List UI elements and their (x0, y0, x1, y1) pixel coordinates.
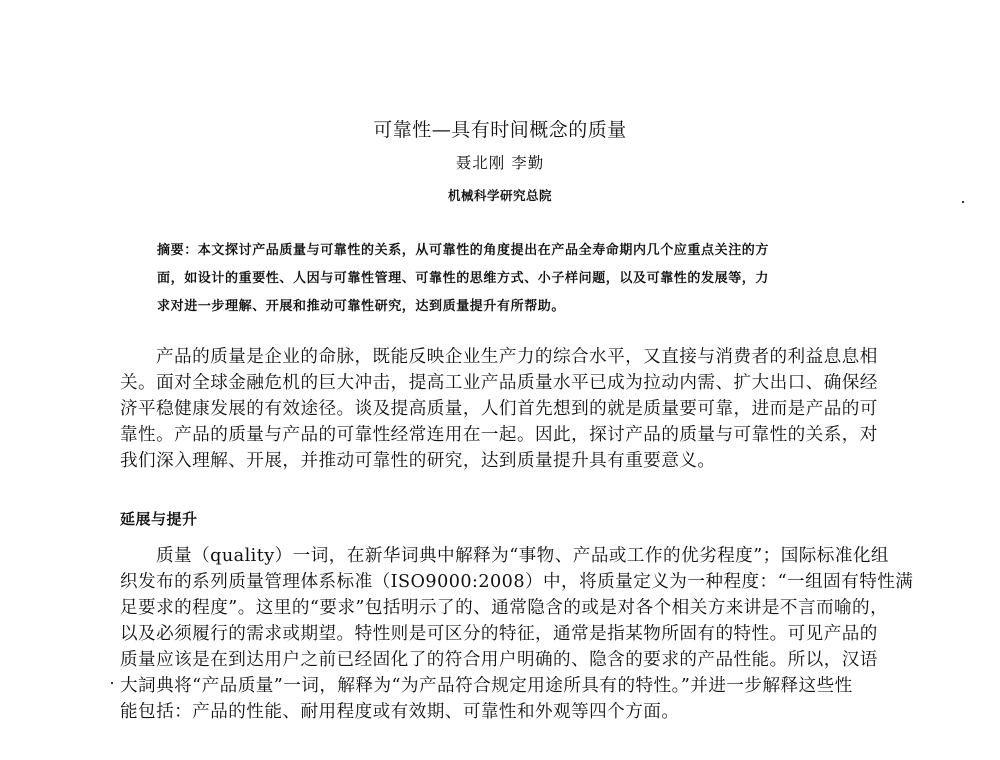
paragraph-line: 能包括：产品的性能、耐用程度或有效期、可靠性和外观等四个方面。 (120, 699, 865, 725)
paragraph-line: 产品的质量是企业的命脉，既能反映企业生产力的综合水平，又直接与消费者的利益息息相 (120, 344, 865, 370)
section-heading: 延展与提升 (120, 508, 198, 529)
paragraph-line: 我们深入理解、开展，并推动可靠性的研究，达到质量提升具有重要意义。 (120, 448, 865, 474)
section-paragraph: 质量（quality）一词，在新华词典中解释为“事物、产品或工作的优劣程度”；国… (120, 543, 865, 725)
paragraph-line: 以及必须履行的需求或期望。特性则是可区分的特征，通常是指某物所固有的特性。可见产… (120, 621, 865, 647)
paper-affiliation: 机械科学研究总院 (0, 186, 1000, 204)
paragraph-line: 织发布的系列质量管理体系标准（ISO9000:2008）中，将质量定义为一种程度… (120, 569, 865, 595)
paragraph-line: 质量应该是在到达用户之前已经固化了的符合用户明确的、隐含的要求的产品性能。所以，… (120, 647, 865, 673)
intro-paragraph: 产品的质量是企业的命脉，既能反映企业生产力的综合水平，又直接与消费者的利益息息相… (120, 344, 865, 474)
paragraph-line: 足要求的程度”。这里的“要求”包括明示了的、通常隐含的或是对各个相关方来讲是不言… (120, 595, 865, 621)
scan-speck (962, 201, 964, 203)
document-page: 可靠性—具有时间概念的质量 聂北刚 李勤 机械科学研究总院 摘要：本文探讨产品质… (0, 0, 1000, 760)
scan-speck (111, 682, 113, 684)
paragraph-line: 靠性。产品的质量与产品的可靠性经常连用在一起。因此，探讨产品的质量与可靠性的关系… (120, 422, 865, 448)
abstract-line: 面，如设计的重要性、人因与可靠性管理、可靠性的思维方式、小子样问题，以及可靠性的… (157, 265, 837, 293)
abstract-line: 求对进一步理解、开展和推动可靠性研究，达到质量提升有所帮助。 (157, 293, 837, 321)
paper-title: 可靠性—具有时间概念的质量 (0, 115, 1000, 142)
paragraph-line: 质量（quality）一词，在新华词典中解释为“事物、产品或工作的优劣程度”；国… (120, 543, 865, 569)
paragraph-line: 大詞典将“产品质量”一词，解释为“为产品符合规定用途所具有的特性。”并进一步解释… (120, 673, 865, 699)
paragraph-line: 济平稳健康发展的有效途径。谈及提高质量，人们首先想到的就是质量要可靠，进而是产品… (120, 396, 865, 422)
paragraph-line: 关。面对全球金融危机的巨大冲击，提高工业产品质量水平已成为拉动内需、扩大出口、确… (120, 370, 865, 396)
abstract-line: 摘要：本文探讨产品质量与可靠性的关系，从可靠性的角度提出在产品全寿命期内几个应重… (157, 237, 837, 265)
paper-authors: 聂北刚 李勤 (0, 151, 1000, 173)
abstract: 摘要：本文探讨产品质量与可靠性的关系，从可靠性的角度提出在产品全寿命期内几个应重… (157, 237, 837, 321)
